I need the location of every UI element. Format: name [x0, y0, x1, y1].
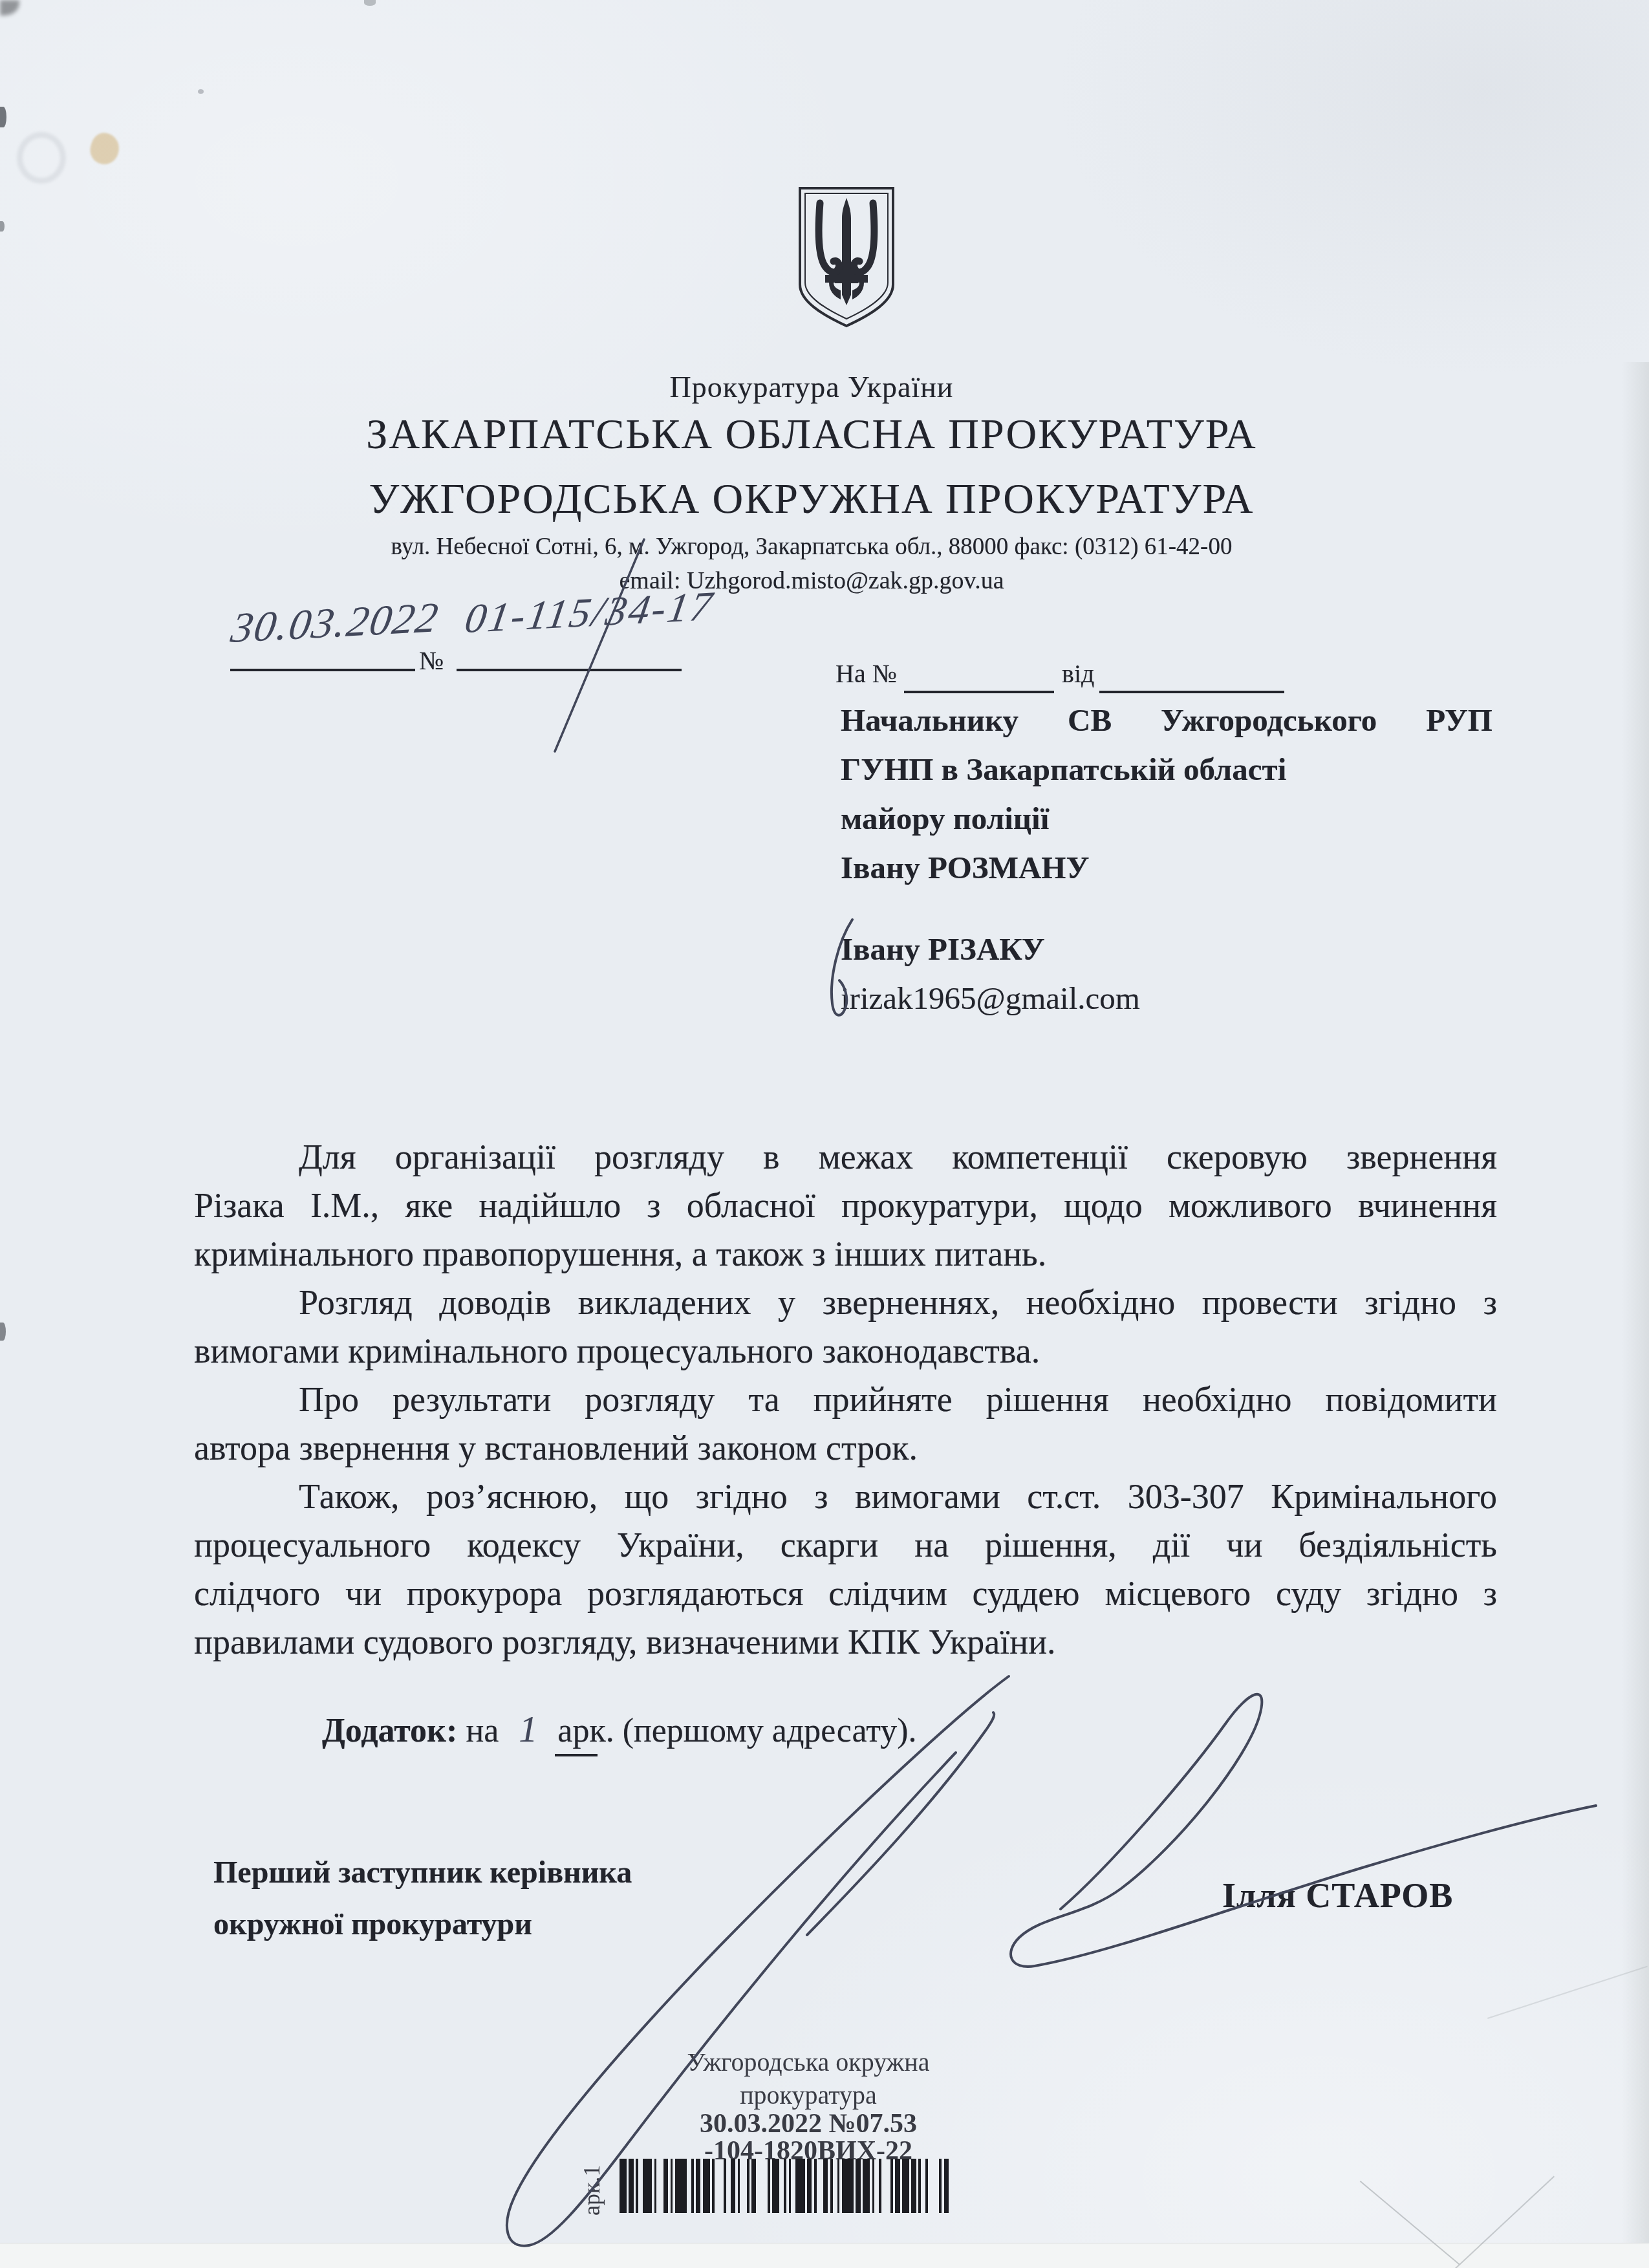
- barcode-bar: [807, 2159, 812, 2213]
- paper-speck: [198, 89, 204, 94]
- barcode-bar: [629, 2159, 633, 2213]
- org-sub-title: УЖГОРОДСЬКА ОКРУЖНА ПРОКУРАТУРА: [116, 475, 1507, 524]
- barcode-bar: [696, 2159, 700, 2213]
- org-email: email: Uzhgorod.misto@zak.gp.gov.ua: [116, 567, 1507, 595]
- barcode-bar: [643, 2159, 652, 2213]
- edge-speck: [364, 0, 376, 6]
- stamp-org-line1: Ужгородська окружна: [613, 2047, 1004, 2077]
- body-line: кримінального правопорушення, а також з …: [194, 1230, 1497, 1279]
- barcode-bar: [663, 2159, 668, 2213]
- barcode-bar: [895, 2159, 900, 2213]
- number-underline: [457, 669, 682, 671]
- barcode-bar: [863, 2159, 870, 2213]
- date-underline: [230, 669, 415, 671]
- scan-corner-smudge: [0, 0, 19, 16]
- barcode-gap: [756, 2159, 768, 2213]
- email-value: Uzhgorod.misto@zak.gp.gov.ua: [687, 567, 1004, 594]
- barcode-gap: [921, 2159, 925, 2213]
- recipient-line: Івану РІЗАКУ: [841, 925, 1493, 974]
- recipient-line: Начальнику СВ Ужгородського РУП: [841, 696, 1493, 745]
- signer-position: Перший заступник керівника окружної прок…: [213, 1847, 632, 1950]
- recipient-line: майору поліції: [841, 794, 1493, 843]
- scan-bottom-edge: [0, 2243, 1649, 2268]
- reply-date-blank: [1099, 691, 1284, 693]
- handwritten-sheet-count: 1: [519, 1708, 537, 1750]
- number-sign-label: №: [419, 645, 444, 676]
- barcode-gap: [687, 2159, 691, 2213]
- barcode-gap: [656, 2159, 663, 2213]
- scan-edge-shade: [1622, 362, 1649, 2243]
- sheet-count-underline: [555, 1754, 598, 1756]
- barcode-bar: [856, 2159, 860, 2213]
- barcode-gap: [833, 2159, 837, 2213]
- barcode-gap: [949, 2159, 956, 2213]
- stamp-date-number: 30.03.2022 №07.53: [613, 2108, 1004, 2139]
- barcode-bar: [675, 2159, 687, 2213]
- paper-stain: [87, 129, 124, 167]
- barcode-gap: [791, 2159, 795, 2213]
- barcode-bar: [842, 2159, 854, 2213]
- signer-position-line1: Перший заступник керівника: [213, 1847, 632, 1899]
- reply-na-label: На №: [835, 658, 897, 689]
- stamp-sheet-label: арк.1: [578, 2154, 605, 2216]
- org-main-title: ЗАКАРПАТСЬКА ОБЛАСНА ПРОКУРАТУРА: [116, 410, 1507, 459]
- barcode-gap: [881, 2159, 890, 2213]
- edge-speck: [0, 107, 6, 127]
- attachment-before: на: [466, 1712, 499, 1749]
- recipient-primary: Начальнику СВ Ужгородського РУПГУНП в За…: [841, 696, 1493, 892]
- barcode-gap: [874, 2159, 879, 2213]
- barcode-bar: [795, 2159, 804, 2213]
- barcode-gap: [779, 2159, 784, 2213]
- barcode-bar: [620, 2159, 627, 2213]
- recipient-line: irizak1965@gmail.com: [841, 974, 1493, 1023]
- barcode-bar: [772, 2159, 779, 2213]
- recipient-line: ГУНП в Закарпатській області: [841, 745, 1493, 794]
- barcode-gap: [928, 2159, 940, 2213]
- org-parent-title: Прокуратура України: [116, 370, 1507, 404]
- letter-body: Для організації розгляду в межах компете…: [194, 1133, 1497, 1667]
- body-line: Про результати розгляду та прийняте ріше…: [194, 1376, 1497, 1424]
- attachment-after: арк. (першому адресату).: [557, 1712, 916, 1749]
- body-line: Для організації розгляду в межах компете…: [194, 1133, 1497, 1182]
- barcode-gap: [638, 2159, 643, 2213]
- body-line: Різака І.М., яке надійшло з обласної про…: [194, 1182, 1497, 1230]
- attachment-line: Додаток: на 1 арк. (першому адресату).: [322, 1707, 917, 1751]
- barcode-bar: [911, 2159, 916, 2213]
- barcode-bar: [823, 2159, 828, 2213]
- ukraine-trident-emblem-icon: [797, 185, 896, 331]
- barcode-gap: [715, 2159, 724, 2213]
- body-line: процесуального кодексу України, скарги н…: [194, 1521, 1497, 1570]
- reply-vid-label: від: [1062, 658, 1094, 689]
- smudge-ring: [17, 132, 66, 184]
- attachment-label: Додаток:: [322, 1712, 457, 1749]
- handwritten-date: 30.03.2022: [228, 594, 442, 653]
- body-line: Також, роз’яснюю, що згідно з вимогами с…: [194, 1473, 1497, 1521]
- signature-stroke: [1011, 1694, 1596, 1967]
- barcode-gap: [740, 2159, 747, 2213]
- body-line: слідчого чи прокурора розглядаються слід…: [194, 1570, 1497, 1618]
- barcode-bar: [944, 2159, 949, 2213]
- signer-name: Ілля СТАРОВ: [1222, 1875, 1453, 1916]
- barcode-gap: [817, 2159, 824, 2213]
- barcode-bar: [751, 2159, 756, 2213]
- barcode-bar: [731, 2159, 735, 2213]
- barcode-gap: [726, 2159, 731, 2213]
- edge-speck: [0, 221, 5, 232]
- edge-speck: [0, 1323, 6, 1341]
- scanned-document-page: Прокуратура України ЗАКАРПАТСЬКА ОБЛАСНА…: [0, 0, 1649, 2268]
- recipient-line: Івану РОЗМАНУ: [841, 843, 1493, 892]
- org-address: вул. Небесної Сотні, 6, м. Ужгород, Зака…: [116, 533, 1507, 561]
- recipient-secondary: Івану РІЗАКУirizak1965@gmail.com: [841, 925, 1493, 1023]
- body-line: Розгляд доводів викладених у зверненнях,…: [194, 1279, 1497, 1327]
- body-line: вимогами кримінального процесуального за…: [194, 1327, 1497, 1376]
- barcode: [620, 2159, 956, 2213]
- stamp-org-line2: прокуратура: [613, 2080, 1004, 2110]
- barcode-bar: [703, 2159, 710, 2213]
- reply-number-blank: [904, 691, 1054, 693]
- body-line: правилами судового розгляду, визначеними…: [194, 1618, 1497, 1667]
- signer-position-line2: окружної прокуратури: [213, 1899, 632, 1950]
- body-line: автора звернення у встановлений законом …: [194, 1424, 1497, 1473]
- barcode-bar: [902, 2159, 909, 2213]
